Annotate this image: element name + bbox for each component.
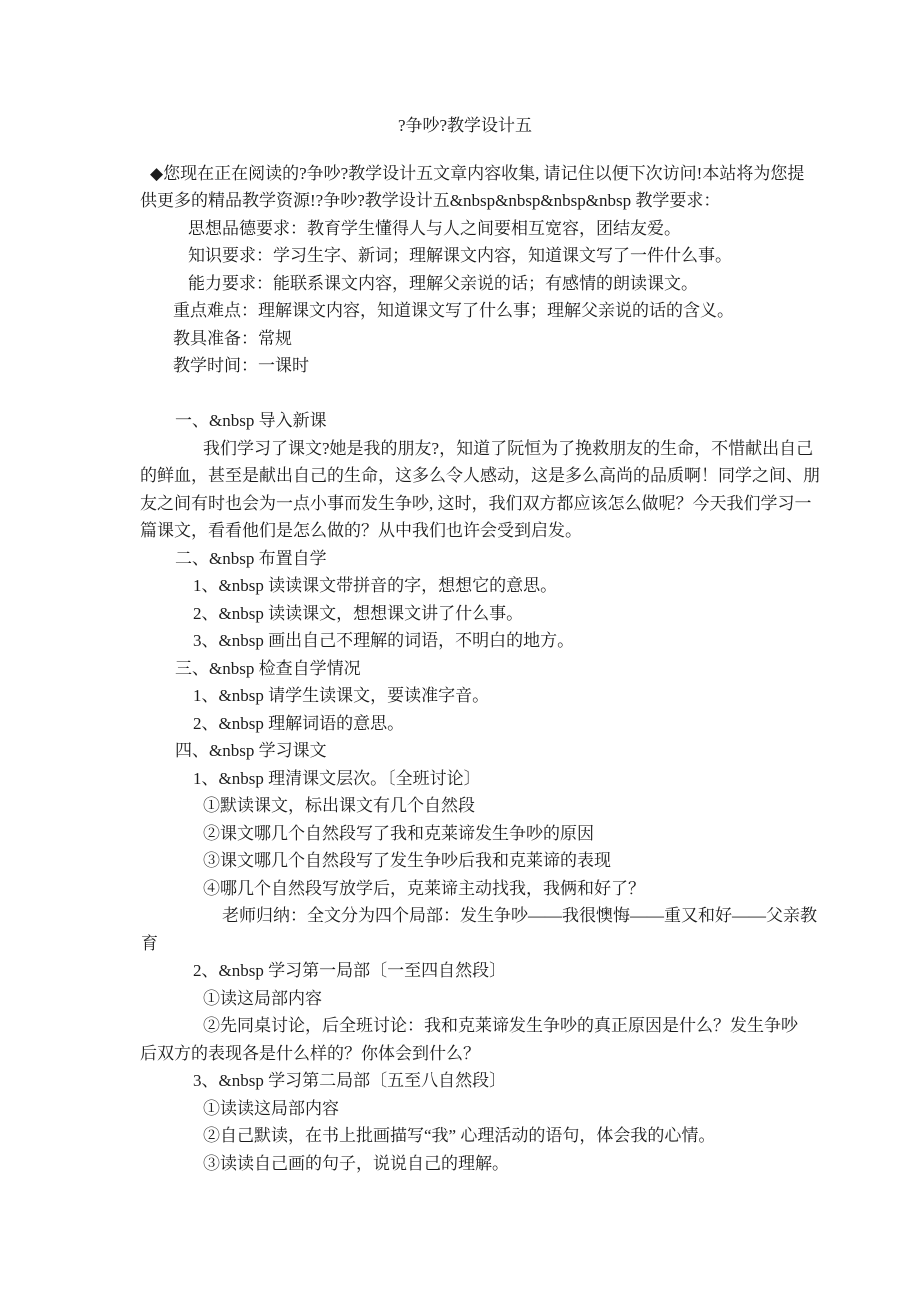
- doc-title: ?争吵?教学设计五: [0, 112, 790, 140]
- doc-line: 3、&nbsp 画出自己不理解的词语，不明白的地方。: [0, 627, 920, 655]
- doc-line: ◆您现在正在阅读的?争吵?教学设计五文章内容收集, 请记住以便下次访问!本站将为…: [0, 160, 920, 188]
- doc-line: 2、&nbsp 理解词语的意思。: [0, 710, 920, 738]
- doc-line: 后双方的表现各是什么样的？你体会到什么？: [0, 1040, 920, 1068]
- doc-line: 我们学习了课文?她是我的朋友?，知道了阮恒为了挽救朋友的生命，不惜献出自己: [0, 435, 920, 463]
- doc-line: 二、&nbsp 布置自学: [0, 545, 920, 573]
- doc-line: 育: [0, 930, 920, 958]
- document-body: ?争吵?教学设计五 ◆您现在正在阅读的?争吵?教学设计五文章内容收集, 请记住以…: [0, 112, 920, 1177]
- doc-line: 1、&nbsp 读读课文带拼音的字，想想它的意思。: [0, 572, 920, 600]
- title-spacer: [0, 140, 920, 160]
- doc-line: 三、&nbsp 检查自学情况: [0, 655, 920, 683]
- doc-line: 教具准备：常规: [0, 325, 920, 353]
- doc-line: ①默读课文，标出课文有几个自然段: [0, 792, 920, 820]
- doc-line: 2、&nbsp 读读课文，想想课文讲了什么事。: [0, 600, 920, 628]
- doc-line: 供更多的精品教学资源!?争吵?教学设计五&nbsp&nbsp&nbsp&nbsp…: [0, 187, 920, 215]
- doc-line: 的鲜血，甚至是献出自己的生命，这多么令人感动，这是多么高尚的品质啊！同学之间、朋: [0, 462, 920, 490]
- doc-line: 思想品德要求：教育学生懂得人与人之间要相互宽容，团结友爱。: [0, 215, 920, 243]
- doc-line: ④哪几个自然段写放学后，克莱谛主动找我，我俩和好了？: [0, 875, 920, 903]
- doc-line: 1、&nbsp 请学生读课文，要读准字音。: [0, 682, 920, 710]
- doc-line: ①读这局部内容: [0, 985, 920, 1013]
- doc-line: ①读读这局部内容: [0, 1095, 920, 1123]
- doc-line: 一、&nbsp 导入新课: [0, 407, 920, 435]
- doc-line: 3、&nbsp 学习第二局部〔五至八自然段〕: [0, 1067, 920, 1095]
- doc-line: ③读读自己画的句子，说说自己的理解。: [0, 1150, 920, 1178]
- doc-line: 2、&nbsp 学习第一局部〔一至四自然段〕: [0, 957, 920, 985]
- doc-line: 重点难点：理解课文内容，知道课文写了什么事；理解父亲说的话的含义。: [0, 297, 920, 325]
- doc-line: 老师归纳：全文分为四个局部：发生争吵——我很懊悔——重又和好——父亲教: [0, 902, 920, 930]
- doc-blank-line: [0, 380, 920, 408]
- doc-line: ③课文哪几个自然段写了发生争吵后我和克莱谛的表现: [0, 847, 920, 875]
- doc-line: 知识要求：学习生字、新词；理解课文内容，知道课文写了一件什么事。: [0, 242, 920, 270]
- doc-line: ②自己默读，在书上批画描写“我” 心理活动的语句，体会我的心情。: [0, 1122, 920, 1150]
- doc-line: 1、&nbsp 理清课文层次。〔全班讨论〕: [0, 765, 920, 793]
- doc-line: ②先同桌讨论，后全班讨论：我和克莱谛发生争吵的真正原因是什么？发生争吵: [0, 1012, 920, 1040]
- doc-line: 友之间有时也会为一点小事而发生争吵, 这时，我们双方都应该怎么做呢？今天我们学习…: [0, 490, 920, 518]
- document-page: ?争吵?教学设计五 ◆您现在正在阅读的?争吵?教学设计五文章内容收集, 请记住以…: [0, 0, 920, 1302]
- doc-line: 教学时间：一课时: [0, 352, 920, 380]
- doc-line: 篇课文，看看他们是怎么做的？从中我们也许会受到启发。: [0, 517, 920, 545]
- doc-line: ②课文哪几个自然段写了我和克莱谛发生争吵的原因: [0, 820, 920, 848]
- doc-line: 能力要求：能联系课文内容，理解父亲说的话；有感情的朗读课文。: [0, 270, 920, 298]
- doc-line: 四、&nbsp 学习课文: [0, 737, 920, 765]
